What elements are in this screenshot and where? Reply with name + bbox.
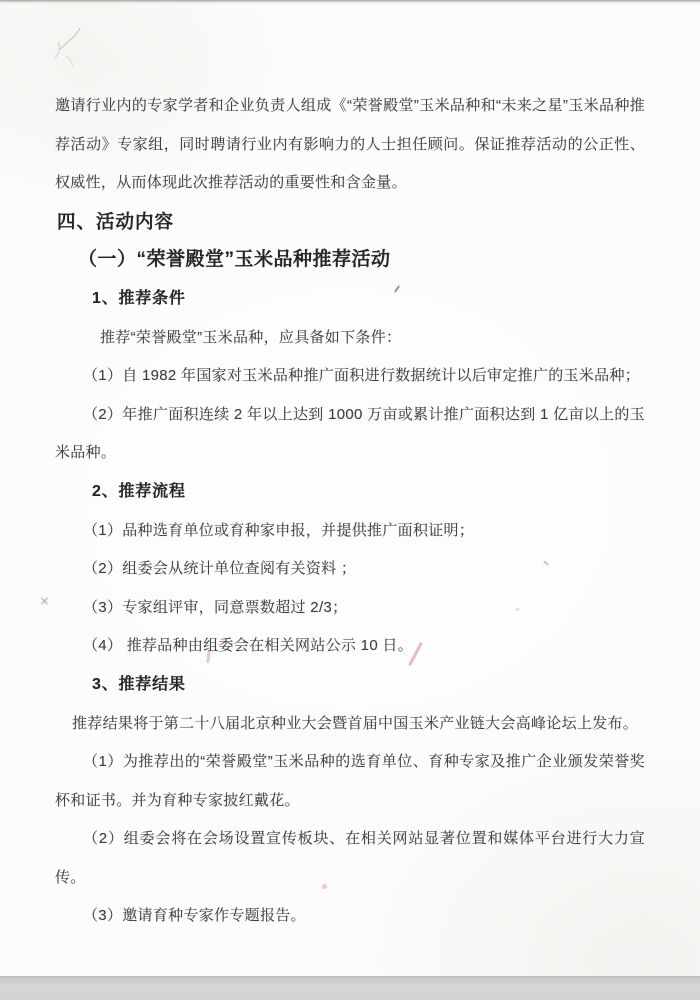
heading-recommend-results: 3、推荐结果: [55, 666, 645, 705]
heading-recommend-conditions: 1、推荐条件: [55, 280, 645, 319]
scan-edge-top: [0, 0, 700, 4]
intro-paragraph: 邀请行业内的专家学者和企业负责人组成《“荣誉殿堂”玉米品种和“未来之星”玉米品种…: [55, 87, 645, 203]
process-item-2: （2）组委会从统计单位查阅有关资料 ；: [55, 550, 645, 589]
results-lead-paragraph: 推荐结果将于第二十八届北京种业大会暨首届中国玉米产业链大会高峰论坛上发布。: [55, 705, 645, 744]
condition-item-1: （1）自 1982 年国家对玉米品种推广面积进行数据统计以后审定推广的玉米品种；: [55, 357, 645, 396]
conditions-lead-paragraph: 推荐“荣誉殿堂”玉米品种，应具备如下条件：: [55, 319, 645, 358]
gray-smudge-artifact: [41, 597, 48, 604]
result-item-2: （2）组委会将在会场设置宣传板块、在相关网站显著位置和媒体平台进行大力宣传。: [55, 820, 645, 897]
result-item-3: （3）邀请育种专家作专题报告。: [55, 897, 645, 936]
heading-recommend-process: 2、推荐流程: [55, 473, 645, 512]
process-item-4: （4） 推荐品种由组委会在相关网站公示 10 日。: [55, 627, 645, 666]
condition-item-2: （2）年推广面积连续 2 年以上达到 1000 万亩或累计推广面积达到 1 亿亩…: [55, 396, 645, 473]
subsection-heading-hall-of-fame: （一）“荣誉殿堂”玉米品种推荐活动: [55, 241, 645, 280]
section-heading-activities: 四、活动内容: [55, 203, 645, 242]
process-item-3: （3）专家组评审，同意票数超过 2/3；: [55, 589, 645, 628]
document-body: 邀请行业内的专家学者和企业负责人组成《“荣誉殿堂”玉米品种和“未来之星”玉米品种…: [55, 87, 645, 936]
gray-smudge-artifact: [41, 597, 48, 604]
result-item-1: （1）为推荐出的“荣誉殿堂”玉米品种的选育单位、育种专家及推广企业颁发荣誉奖杯和…: [55, 743, 645, 820]
scan-edge-bottom: [0, 976, 700, 1000]
process-item-1: （1）品种选育单位或育种家申报，并提供推广面积证明；: [55, 512, 645, 551]
scanned-document-page: 邀请行业内的专家学者和企业负责人组成《“荣誉殿堂”玉米品种和“未来之星”玉米品种…: [0, 0, 700, 1000]
pencil-squiggle-artifact: [46, 16, 104, 72]
